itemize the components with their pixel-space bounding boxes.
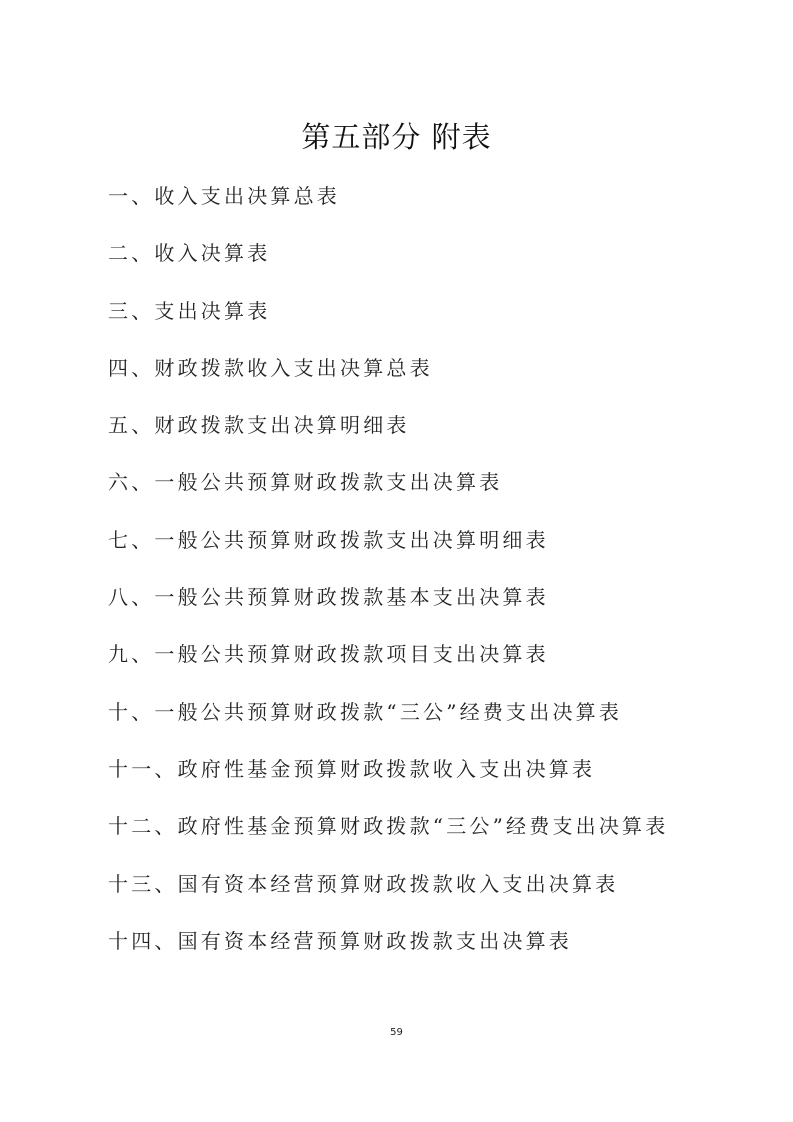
- list-item: 四、财政拨款收入支出决算总表: [108, 352, 668, 409]
- list-item: 八、一般公共预算财政拨款基本支出决算表: [108, 581, 668, 638]
- list-item: 十一、政府性基金预算财政拨款收入支出决算表: [108, 753, 668, 810]
- list-item: 十、一般公共预算财政拨款“三公”经费支出决算表: [108, 696, 668, 753]
- list-item: 十三、国有资本经营预算财政拨款收入支出决算表: [108, 868, 668, 925]
- page-number: 59: [0, 1027, 793, 1038]
- page-title: 第五部分 附表: [0, 115, 793, 156]
- list-item: 三、支出决算表: [108, 295, 668, 352]
- list-item: 九、一般公共预算财政拨款项目支出决算表: [108, 638, 668, 695]
- list-item: 六、一般公共预算财政拨款支出决算表: [108, 466, 668, 523]
- list-item: 五、财政拨款支出决算明细表: [108, 409, 668, 466]
- list-item: 一、收入支出决算总表: [108, 180, 668, 237]
- list-item: 七、一般公共预算财政拨款支出决算明细表: [108, 524, 668, 581]
- list-item: 十二、政府性基金预算财政拨款“三公”经费支出决算表: [108, 810, 668, 867]
- appendix-list: 一、收入支出决算总表 二、收入决算表 三、支出决算表 四、财政拨款收入支出决算总…: [108, 180, 668, 982]
- list-item: 十四、国有资本经营预算财政拨款支出决算表: [108, 925, 668, 982]
- list-item: 二、收入决算表: [108, 237, 668, 294]
